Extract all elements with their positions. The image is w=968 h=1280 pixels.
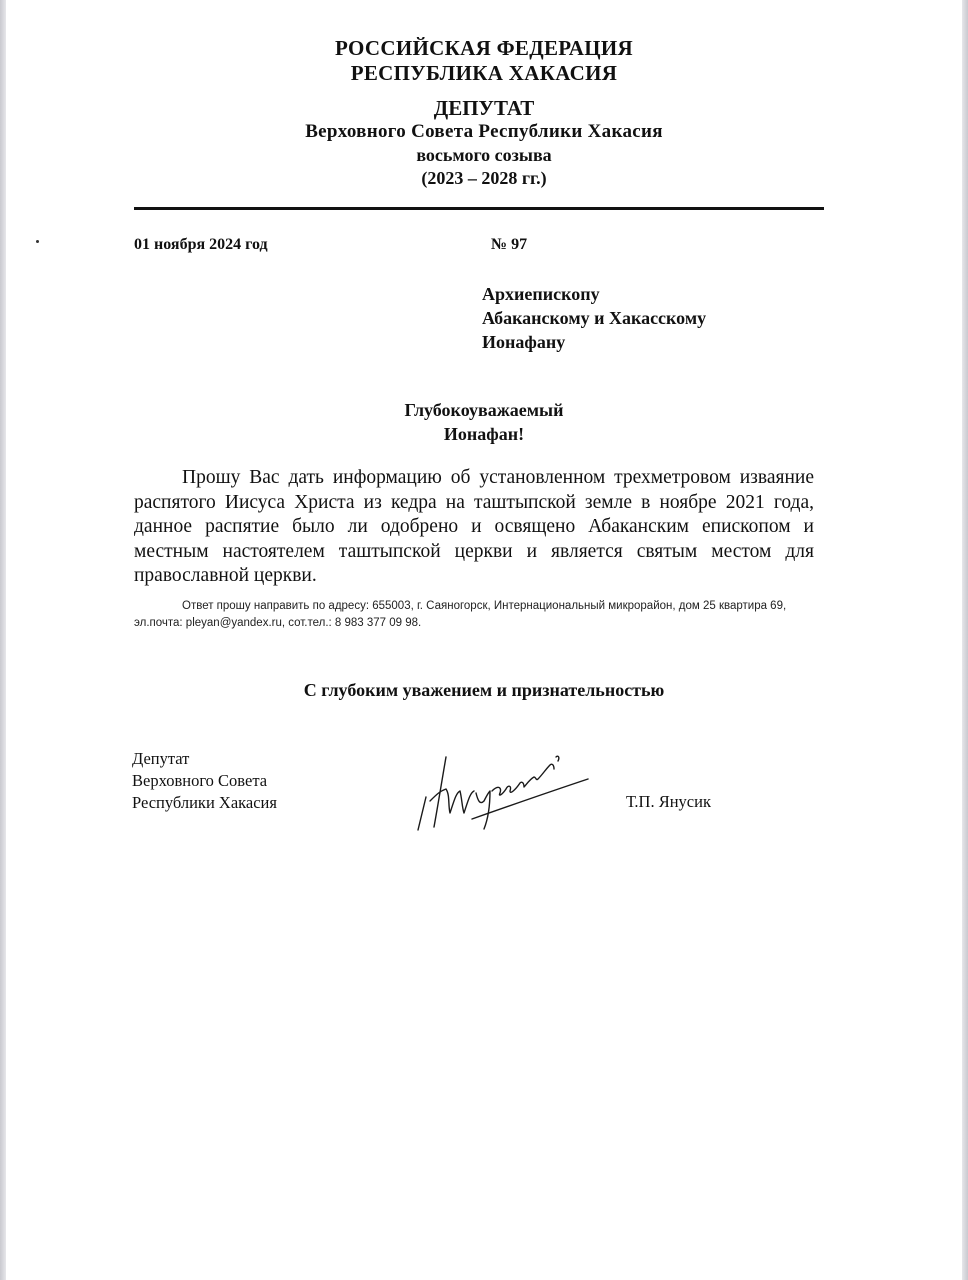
salutation: Глубокоуважаемый Ионафан!	[6, 398, 962, 446]
salutation-line-2: Ионафан!	[6, 422, 962, 446]
signer-title-block: Депутат Верховного Совета Республики Хак…	[132, 748, 277, 814]
header-divider	[134, 207, 824, 210]
signer-name: Т.П. Янусик	[626, 792, 711, 812]
page-edge-right	[962, 0, 968, 1280]
letter-body: Прошу Вас дать информацию об установленн…	[134, 466, 814, 589]
addressee-line: Архиепископу	[482, 282, 706, 306]
letterhead-convocation: восьмого созыва	[6, 144, 962, 167]
signer-title-line: Депутат	[132, 748, 277, 770]
addressee-block: Архиепископу Абаканскому и Хакасскому Ио…	[482, 282, 706, 354]
letterhead-republic: РЕСПУБЛИКА ХАКАСИЯ	[6, 61, 962, 86]
signature-icon	[406, 735, 596, 835]
letterhead-council: Верховного Совета Республики Хакасия	[6, 120, 962, 144]
letterhead-title: ДЕПУТАТ	[6, 96, 962, 120]
salutation-line-1: Глубокоуважаемый	[6, 398, 962, 422]
letterhead: РОССИЙСКАЯ ФЕДЕРАЦИЯ РЕСПУБЛИКА ХАКАСИЯ …	[6, 36, 962, 190]
letterhead-term: (2023 – 2028 гг.)	[6, 167, 962, 190]
addressee-line: Ионафану	[482, 330, 706, 354]
closing-phrase: С глубоким уважением и признательностью	[6, 680, 962, 701]
letterhead-country: РОССИЙСКАЯ ФЕДЕРАЦИЯ	[6, 36, 962, 61]
scan-speck	[36, 240, 39, 243]
signer-title-line: Республики Хакасия	[132, 792, 277, 814]
signer-title-line: Верховного Совета	[132, 770, 277, 792]
document-page: РОССИЙСКАЯ ФЕДЕРАЦИЯ РЕСПУБЛИКА ХАКАСИЯ …	[6, 0, 962, 1280]
addressee-line: Абаканскому и Хакасскому	[482, 306, 706, 330]
letter-date: 01 ноября 2024 год	[134, 236, 268, 254]
letter-number: № 97	[491, 236, 527, 254]
reply-address-note: Ответ прошу направить по адресу: 655003,…	[134, 598, 819, 632]
